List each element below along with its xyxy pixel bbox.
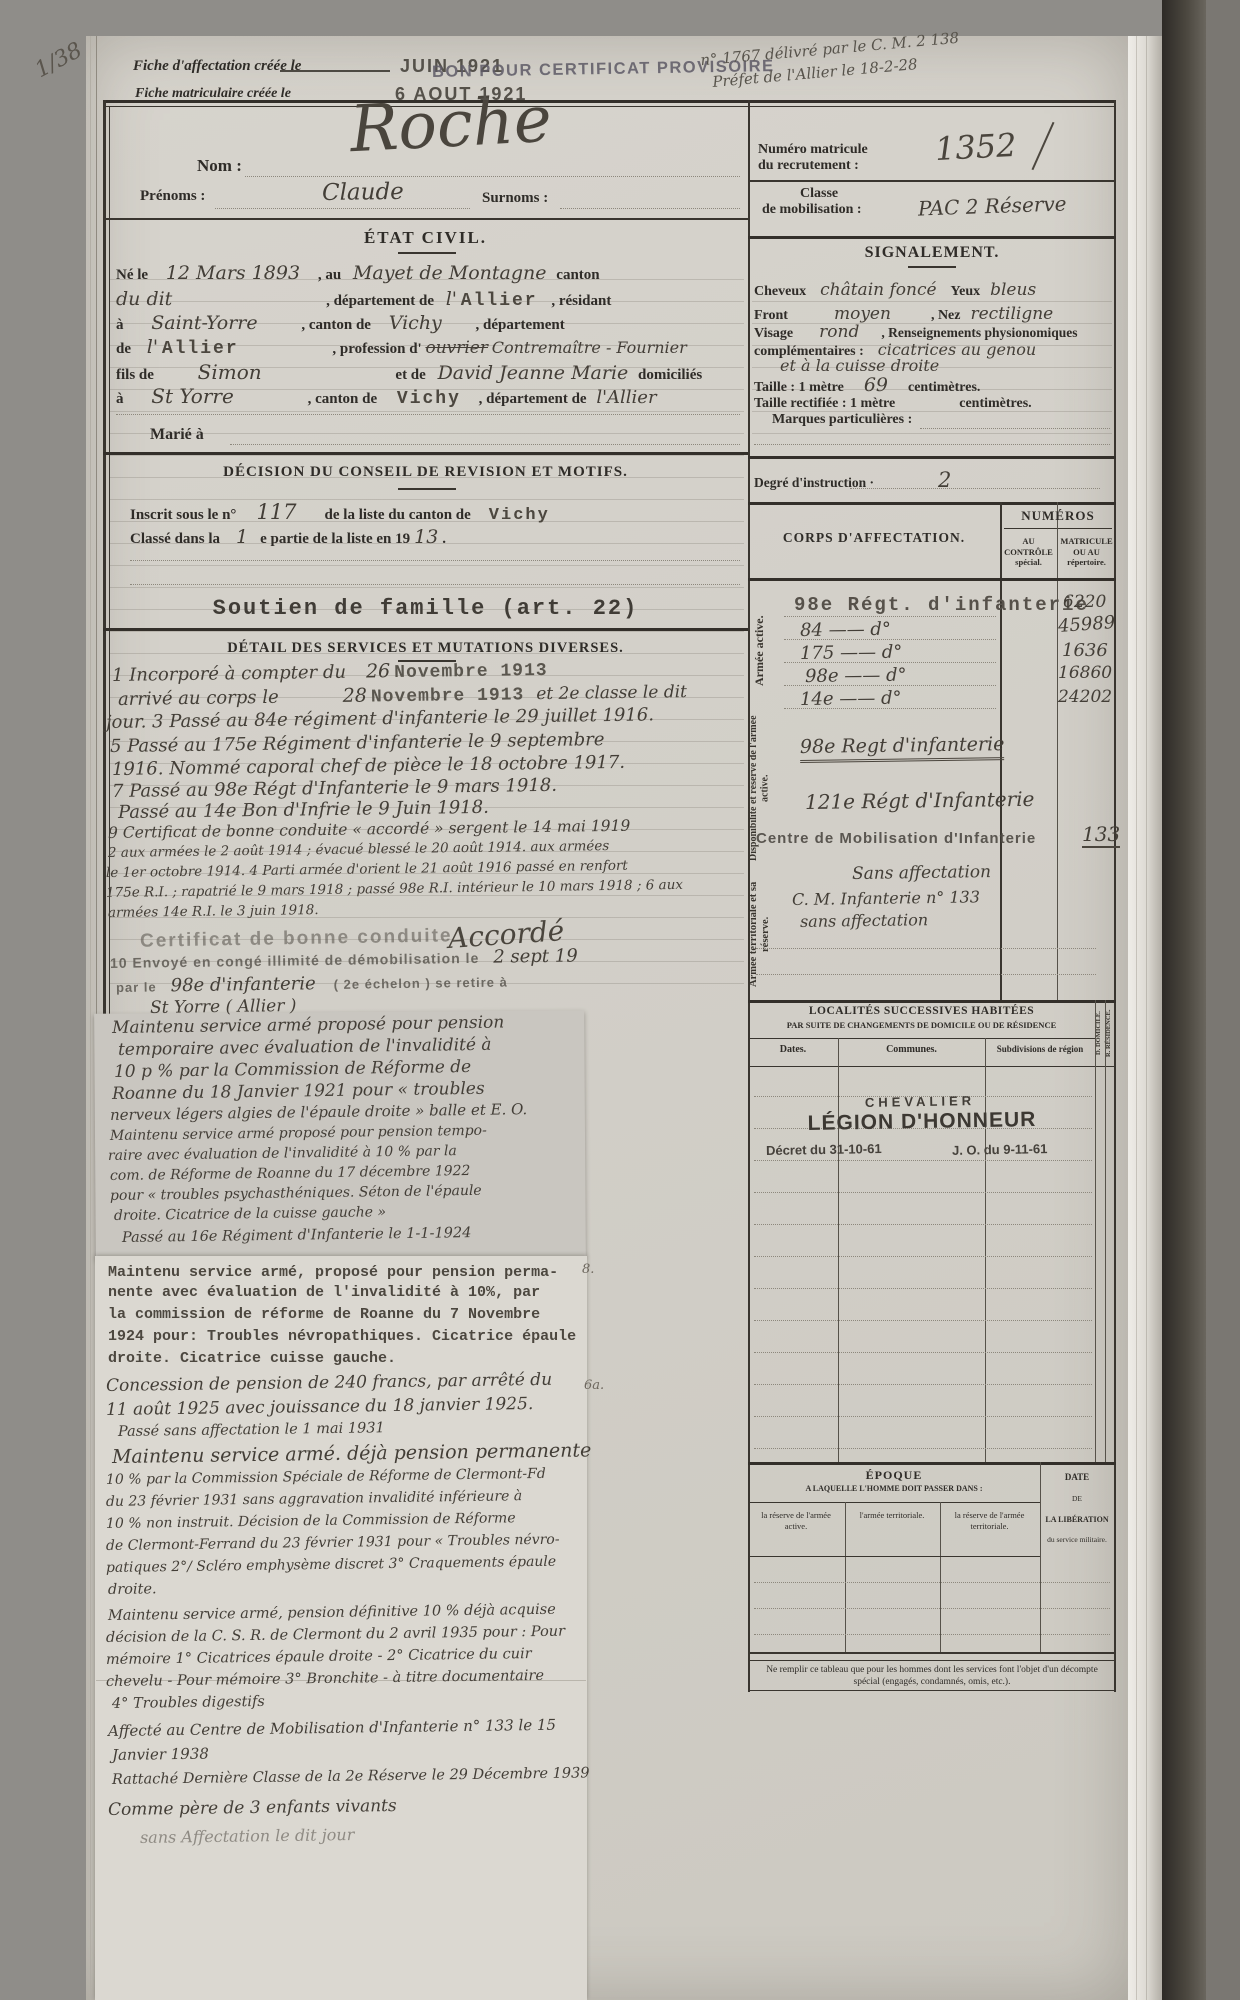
page-stack-line <box>1136 36 1137 2000</box>
service-stamp-text: par le <box>116 979 157 995</box>
service-hw-text: 98e d'infanterie <box>171 973 316 996</box>
typed-line: nente avec évaluation de l'invalidité à … <box>108 1284 540 1301</box>
margin-mark: 1/38 <box>31 38 86 83</box>
table-row-line <box>754 1192 1092 1193</box>
table-row-line <box>754 1352 1092 1353</box>
page-stack-line <box>1146 36 1147 2000</box>
visage-value: rond <box>819 322 859 342</box>
front-value: moyen <box>834 304 891 324</box>
note-box-top <box>748 1660 1116 1661</box>
renseignements-label: , Renseignements physionomiques <box>881 325 1077 340</box>
faded-final-line: sans Affectation le dit jour <box>140 1825 355 1847</box>
nez-value: rectiligne <box>970 304 1053 324</box>
repertoire-header-word: répertoire. <box>1067 557 1106 567</box>
prenoms-dotted-line <box>215 208 470 209</box>
surnoms-dotted-line <box>560 208 740 209</box>
soutien-famille-stamp: Soutien de famille (art. 22) <box>103 596 748 621</box>
epoque-col3-header: la réserve de l'armée territoriale. <box>942 1510 1037 1532</box>
blank-dotted-line <box>116 414 740 415</box>
departement-label: , département de <box>326 293 434 309</box>
localites-header1: LOCALITÉS SUCCESSIVES HABITÉES <box>748 1005 1095 1017</box>
allier-typed: Allier <box>461 291 538 311</box>
services-title: DÉTAIL DES SERVICES ET MUTATIONS DIVERSE… <box>103 640 748 657</box>
armee-territoriale-label: Armée territoriale et sa réserve. <box>748 864 776 1004</box>
service-day-hw: 28 <box>343 685 367 707</box>
matricule-label-2: du recrutement : <box>758 158 859 174</box>
numeros-header: NUMÉROS <box>1000 508 1116 524</box>
epoque-subheader-rule <box>748 1556 1040 1557</box>
partie-value: 1 <box>236 526 248 548</box>
corps-row-name: 175 —— d° <box>800 642 903 664</box>
localites-side-column-line <box>1105 1000 1106 1462</box>
cm-label: centimètres. <box>908 380 980 395</box>
date-stamp-aout-1921: 6 AOUT 1921 <box>395 84 527 105</box>
decision-line: Inscrit sous le n° 117 de la liste du ca… <box>130 500 740 525</box>
table-row-line <box>754 1320 1092 1321</box>
naissance-date: 12 Mars 1893 <box>166 262 300 284</box>
pere-value: Simon <box>198 360 262 384</box>
classe-label-1: Classe <box>800 186 838 202</box>
profession-barree: ouvrier <box>425 338 488 358</box>
residant-label: , résidant <box>551 293 611 309</box>
service-stamp-text: ( 2e échelon ) se retire à <box>334 975 508 992</box>
date-header-word: DATE <box>1065 1472 1089 1482</box>
signalement-cheveux-row: Cheveux châtain foncé Yeux bleus <box>754 280 1110 300</box>
territoriale-entry: C. M. Infanterie n° 133 <box>792 887 980 909</box>
legion-honneur-stamp-line3: Décret du 31-10-61 <box>766 1141 882 1158</box>
epoque-top-rule <box>748 1462 1116 1465</box>
annee-value: 13 <box>414 526 438 548</box>
date-header-word: DE <box>1072 1494 1082 1503</box>
enfants-line: Comme père de 3 enfants vivants <box>108 1796 397 1820</box>
epoque-col2-header: l'armée territoriale. <box>847 1510 937 1521</box>
taille-rectifiee-label: Taille rectifiée : 1 mètre <box>754 396 895 411</box>
margin-note: 8. <box>582 1262 594 1277</box>
localites-header2: PAR SUITE DE CHANGEMENTS DE DOMICILE OU … <box>748 1020 1095 1030</box>
section-rule <box>748 456 1116 459</box>
cheveux-label: Cheveux <box>754 284 806 299</box>
epoque-header2: A LAQUELLE L'HOMME DOIT PASSER DANS : <box>752 1484 1036 1493</box>
table-row-line <box>754 1448 1092 1449</box>
centre-mobilisation-stamp: Centre de Mobilisation d'Infanterie <box>756 830 1100 847</box>
allier-typed: Allier <box>162 339 239 359</box>
blank-dotted-line <box>130 560 740 561</box>
title-underline <box>908 266 956 268</box>
degre-instruction-row: Degré d'instruction · 2 <box>754 468 1114 492</box>
epoque-row-line <box>754 1634 1110 1635</box>
typed-line: 1924 pour: Troubles névropathiques. Cica… <box>108 1328 576 1345</box>
controle-header-word: CONTRÔLE <box>1004 547 1053 557</box>
box-top-inner-border <box>103 106 1116 107</box>
controle-header-word: AU <box>1022 536 1034 546</box>
scanned-register-page: 1/38 Fiche d'affectation créée le JUIN 1… <box>0 0 1240 2000</box>
corps-row-num: 16860 <box>1058 663 1112 683</box>
profession-label: , profession d' <box>332 341 421 357</box>
cheveux-value: châtain foncé <box>820 280 936 300</box>
table-row-line <box>754 1160 1092 1161</box>
service-text: arrivé au corps le <box>118 687 279 710</box>
departement-label: , département <box>476 317 565 333</box>
commune-value: Saint-Yorre <box>151 312 257 334</box>
inscrit-label: Inscrit sous le n° <box>130 507 236 523</box>
etat-civil-line: du dit , département de l' Allier , rési… <box>116 288 742 311</box>
table-row-line <box>754 1288 1092 1289</box>
matricule-repertoire-header: MATRICULE OU AU répertoire. <box>1057 536 1116 568</box>
note-box-bottom <box>748 1690 1116 1691</box>
taille-value: 69 <box>864 374 888 396</box>
numeros-column-divider <box>1057 502 1058 1000</box>
front-label: Front <box>754 308 788 323</box>
taille-label: Taille : 1 mètre <box>754 380 844 395</box>
l-apostrophe: l' <box>446 288 457 310</box>
allier-value: l'Allier <box>596 387 656 408</box>
classe-dans-label: Classé dans la <box>130 531 220 547</box>
profession-value: Contremaître - Fournier <box>492 338 687 357</box>
repertoire-header-word: MATRICULE <box>1060 536 1112 546</box>
page-stack-edge <box>1128 36 1162 2000</box>
epoque-date-header: DATE DE LA LIBÉRATION du service militai… <box>1042 1466 1112 1549</box>
a-label: à <box>116 391 124 407</box>
epoque-column-line <box>940 1502 941 1652</box>
date-header-word: LA LIBÉRATION <box>1045 1515 1108 1524</box>
typed-line: la commission de réforme de Roanne du 7 … <box>108 1306 540 1323</box>
page-crease <box>90 36 91 2000</box>
vichy-value: Vichy <box>389 312 442 334</box>
section-rule <box>748 236 1116 239</box>
etat-civil-line: à Saint-Yorre , canton de Vichy , départ… <box>116 312 742 334</box>
surnoms-label: Surnoms : <box>482 190 548 207</box>
cm-label: centimètres. <box>959 396 1031 411</box>
row-dotted-line <box>784 616 996 617</box>
demobilisation-stamp: 10 Envoyé en congé illimité de démobilis… <box>110 950 479 971</box>
section-rule <box>748 180 1116 182</box>
partie-label: e partie de la liste en 19 <box>260 531 410 547</box>
mere-value: David Jeanne Marie <box>438 362 629 384</box>
epoque-date-column-line <box>1040 1462 1041 1652</box>
yeux-value: bleus <box>990 280 1036 300</box>
epoque-bottom-rule <box>748 1652 1116 1654</box>
corps-row-num: 6220 <box>1063 592 1106 612</box>
domicilies-label: domiciliés <box>638 367 702 383</box>
date-stamp: Novembre 1913 <box>394 661 548 683</box>
localites-side-column-line <box>1095 1000 1096 1462</box>
side-domicile-label: D. DOMICILE. <box>1095 1002 1105 1064</box>
inscription-numero: 117 <box>256 500 296 524</box>
fils-de-label: fils de <box>116 367 154 383</box>
disponibilite-entry: 121e Régt d'Infanterie <box>805 787 1035 814</box>
maintenu-1935-line: 4° Troubles digestifs <box>112 1694 265 1712</box>
corps-row-num: 45989 <box>1057 612 1116 637</box>
service-line-small: armées 14e R.I. le 3 juin 1918. <box>108 902 319 921</box>
armee-active-label: Armée active. <box>752 592 772 710</box>
prenoms-value: Claude <box>322 179 404 206</box>
marie-a-label: Marié à <box>150 426 204 444</box>
ne-le-label: Né le <box>116 267 148 283</box>
au-label: , au <box>318 267 341 283</box>
corps-row-name: 14e —— d° <box>800 688 902 710</box>
etat-civil-line: à St Yorre , canton de Vichy , départeme… <box>116 384 742 409</box>
marques-label: Marques particulières : <box>772 412 912 428</box>
a-label: à <box>116 317 124 333</box>
numeros-brace-line <box>1004 528 1112 529</box>
epoque-row-line <box>754 1582 1110 1583</box>
degre-value: 2 <box>938 468 951 492</box>
visage-label: Visage <box>754 326 793 341</box>
book-spine <box>1162 0 1206 2000</box>
date-stamp: Novembre 1913 <box>371 685 525 707</box>
service-day-hw: 26 <box>366 660 390 682</box>
service-text: et 2e classe le dit <box>536 682 687 704</box>
section-rule <box>103 218 748 220</box>
canton-typed: Vichy <box>489 506 550 525</box>
l-apostrophe: l' <box>147 336 158 358</box>
corps-row-name: 98e —— d° <box>805 665 907 687</box>
territoriale-entry: sans affectation <box>800 910 928 931</box>
signalement-taille-rectifiee-row: Taille rectifiée : 1 mètre centimètres. <box>754 394 1114 412</box>
service-text: 1 Incorporé à compter du <box>112 662 346 686</box>
localites-subheader-rule <box>748 1066 1116 1067</box>
filled-dash <box>280 70 390 72</box>
controle-header-word: spécial. <box>1015 557 1042 567</box>
matricule-value: 1352 <box>934 126 1017 168</box>
fiche-affectation-label: Fiche d'affectation créée le <box>133 58 301 75</box>
canton-de-label: , canton de <box>301 317 371 333</box>
epoque-col1-header: la réserve de l'armée active. <box>750 1510 842 1532</box>
date-header-word: du service militaire. <box>1047 1535 1107 1544</box>
etat-civil-title: ÉTAT CIVIL. <box>103 228 748 248</box>
decision-line: Classé dans la 1 e partie de la liste en… <box>130 526 740 548</box>
col-communes-header: Communes. <box>838 1044 985 1055</box>
corps-affectation-title: CORPS D'AFFECTATION. <box>748 530 1000 546</box>
repertoire-header-word: OU AU <box>1073 547 1100 557</box>
etat-civil-line: de l' Allier , profession d' ouvrier Con… <box>116 336 742 359</box>
nom-label: Nom : <box>197 156 242 176</box>
section-rule <box>103 628 748 631</box>
epoque-header1: ÉPOQUE <box>752 1468 1036 1483</box>
col-subdivisions-header: Subdivisions de région <box>985 1044 1095 1054</box>
table-row-line <box>754 1256 1092 1257</box>
service-line: St Yorre ( Allier ) <box>150 996 297 1018</box>
title-underline <box>398 252 456 254</box>
decision-title: DÉCISION DU CONSEIL DE REVISION ET MOTIF… <box>103 464 748 481</box>
degre-label: Degré d'instruction · <box>754 475 874 490</box>
et-de-label: et de <box>395 367 425 383</box>
affectation-1938-line: Janvier 1938 <box>112 1745 209 1764</box>
commune-value: St Yorre <box>151 384 234 408</box>
controle-special-header: AU CONTRÔLE spécial. <box>1000 536 1057 568</box>
etat-civil-line: Né le 12 Mars 1893 , au Mayet de Montagn… <box>116 262 742 284</box>
territoriale-entry: Sans affectation <box>852 862 991 884</box>
canton-de-label: , canton de <box>308 391 378 407</box>
blank-dotted-line <box>756 974 1096 975</box>
col-dates-header: Dates. <box>748 1044 838 1055</box>
classe-label-2: de mobilisation : <box>762 202 862 218</box>
corps-row-num: 1636 <box>1062 640 1108 661</box>
disponibilite-entry: 98e Regt d'infanterie <box>800 733 1005 763</box>
table-row-line <box>754 1384 1092 1385</box>
epoque-header-rule <box>748 1502 1040 1503</box>
signalement-front-row: Front moyen , Nez rectiligne <box>754 304 1110 324</box>
fiche-matriculaire-label: Fiche matriculaire créée le <box>135 86 291 102</box>
liste-label: de la liste du canton de <box>325 507 471 523</box>
typed-line: Maintenu service armé, proposé pour pens… <box>108 1262 558 1284</box>
section-rule <box>103 452 748 455</box>
naissance-lieu: Mayet de Montagne <box>353 262 547 284</box>
vichy-typed: Vichy <box>397 389 461 409</box>
demobilisation-date-hw: 2 sept 19 <box>493 945 578 967</box>
table-row-line <box>754 1416 1092 1417</box>
title-underline <box>398 488 456 490</box>
legion-honneur-stamp-line4: J. O. du 9-11-61 <box>952 1141 1048 1158</box>
typed-line: droite. Cicatrice cuisse gauche. <box>108 1350 396 1367</box>
side-residence-label: R. RÉSIDENCE. <box>1105 1002 1115 1064</box>
matricule-label-1: Numéro matricule <box>758 142 868 158</box>
du-dit-value: du dit <box>116 288 172 310</box>
epoque-note: Ne remplir ce tableau que pour les homme… <box>756 1664 1108 1689</box>
corps-row-name: 84 —— d° <box>800 619 891 641</box>
epoque-column-line <box>845 1502 846 1652</box>
corps-row-num: 24202 <box>1058 687 1112 707</box>
prenoms-label: Prénoms : <box>140 188 205 205</box>
blank-dotted-line <box>130 584 740 585</box>
signalement-visage-row: Visage rond , Renseignements physionomiq… <box>754 322 1124 342</box>
de-label: de <box>116 341 131 357</box>
departement-de-label: , département de <box>479 391 587 407</box>
section-rule <box>748 578 1116 581</box>
blank-dotted-line <box>920 428 1110 429</box>
epoque-row-line <box>754 1608 1110 1609</box>
signalement-taille-row: Taille : 1 mètre 69 centimètres. <box>754 374 1114 396</box>
margin-note: 6a. <box>584 1378 604 1393</box>
blank-dotted-line <box>756 948 1096 949</box>
blank-dotted-line <box>754 444 1110 445</box>
period: . <box>442 531 446 547</box>
nom-dotted-line <box>245 176 740 177</box>
marie-dotted-line <box>230 444 740 445</box>
section-rule <box>748 502 1116 505</box>
signalement-title: SIGNALEMENT. <box>748 244 1116 262</box>
nez-label: , Nez <box>931 308 961 323</box>
yeux-label: Yeux <box>951 284 981 299</box>
corps-row-name: 98e Régt. d'infanterie <box>794 594 1089 616</box>
canton-label: canton <box>556 267 599 283</box>
maintenu-1931-line: droite. <box>108 1581 157 1598</box>
localites-header-rule <box>748 1038 1095 1039</box>
localites-top-rule <box>748 1000 1116 1003</box>
table-row-line <box>754 1224 1092 1225</box>
scanner-background <box>1206 0 1240 2000</box>
complementaires-value2: et à la cuisse droite <box>780 356 939 375</box>
etat-civil-line: fils de Simon et de David Jeanne Marie d… <box>116 360 742 384</box>
